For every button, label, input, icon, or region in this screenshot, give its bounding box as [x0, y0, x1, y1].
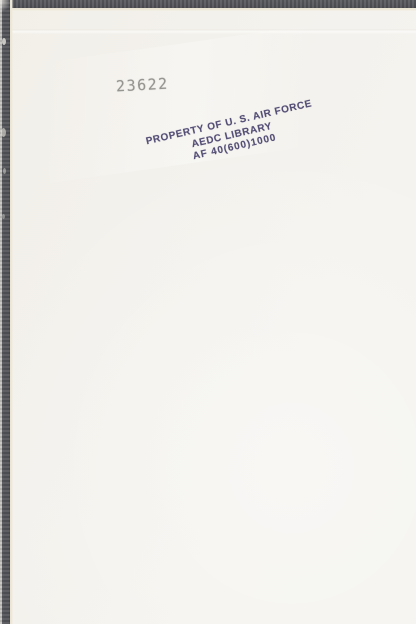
page-edge-highlight-top	[0, 8, 416, 11]
page-edge-highlight-left	[10, 0, 13, 624]
accession-number-stamp: 23622	[116, 75, 170, 96]
cover-corner-wear	[0, 0, 16, 18]
cover-scuff	[1, 128, 6, 137]
book-cover-left-edge	[0, 0, 10, 624]
cover-scuff	[2, 214, 5, 219]
book-cover-top-edge	[0, 0, 416, 8]
scanned-page: 23622 PROPERTY OF U. S. AIR FORCE AEDC L…	[0, 0, 416, 624]
cover-scuff	[2, 38, 6, 45]
cover-scuff	[3, 168, 6, 174]
